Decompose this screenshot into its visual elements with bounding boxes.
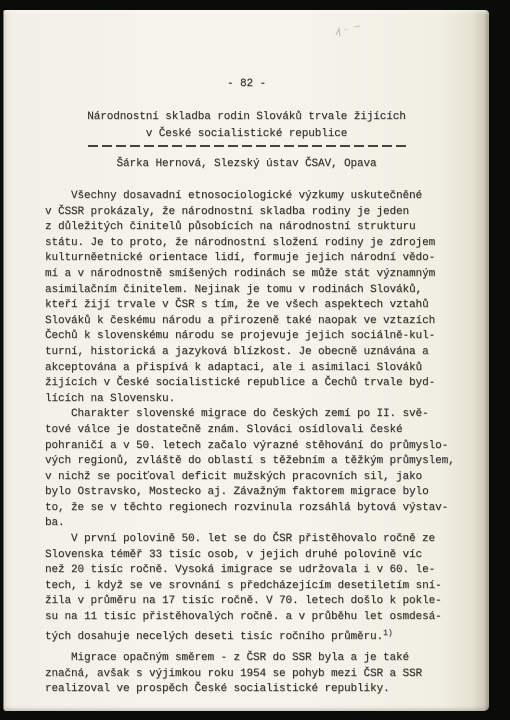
text-line: žila v průměru na 17 tisíc ročně. V 70. … (45, 594, 489, 610)
author-line: Šárka Hernová, Slezský ústav ČSAV, Opava (4, 156, 489, 172)
body-text: Všechny dosavadní etnosociologické výzku… (4, 189, 489, 698)
text-line: kulturněetnické orientace lidí, formuje … (45, 251, 489, 267)
text-line: ba. (45, 516, 489, 532)
paragraph-1: Všechny dosavadní etnosociologické výzku… (45, 189, 489, 407)
text-line: vých regionů, zvláště do oblastí s těžeb… (45, 454, 489, 470)
text-line: tých dosahuje necelých deseti tisíc ročn… (45, 631, 383, 643)
text-line: bylo Ostravsko, Mostecko aj. Závažným fa… (45, 485, 489, 501)
page-number: - 82 - (4, 76, 489, 92)
text-line: v ČSSR prokázaly, že národnostní skladba… (45, 205, 489, 221)
text-line: mí a v národnostně smíšených rodinách se… (45, 267, 489, 283)
text-line: v nichž se pociťoval deficit mužských pr… (45, 470, 489, 486)
text-line: pohraničí a v 50. letech začalo výrazné … (45, 439, 489, 455)
text-line: značná, avšak s výjimkou roku 1954 se po… (45, 667, 489, 683)
scanned-page-background: { "doc": { "page_number": "- 82 -", "tit… (0, 0, 510, 720)
text-line-with-footnote: tých dosahuje necelých deseti tisíc ročn… (45, 626, 489, 646)
paragraph-2: Charakter slovenské migrace do českých z… (45, 407, 489, 532)
article-title-line-1: Národnostní skladba rodin Slováků trvale… (4, 109, 489, 126)
text-line: kteří žijí trvale v ČSR s tím, že ve vše… (45, 298, 489, 314)
text-line: Slovenska téměř 33 tisíc osob, v jejich … (45, 548, 489, 564)
article-title-line-2: v České socialistické republice (4, 126, 489, 143)
text-line: z důležitých činitelů působících na náro… (45, 220, 489, 236)
text-line: akceptována a přispívá k adaptaci, ale i… (45, 361, 489, 377)
text-line: Všechny dosavadní etnosociologické výzku… (45, 189, 489, 205)
page-content: - 82 - Národnostní skladba rodin Slováků… (4, 10, 489, 711)
text-line: žijících v České socialistické republice… (45, 376, 489, 392)
text-line: než 20 tisíc ročně. Vysoká imigrace se u… (45, 563, 489, 579)
footnote-reference: 1) (383, 629, 393, 638)
text-line: turní, historická a jazyková blízkost. J… (45, 345, 489, 361)
text-line: Charakter slovenské migrace do českých z… (45, 407, 489, 423)
text-line: lících na Slovensku. (45, 392, 489, 408)
paragraph-3: V první polovině 50. let se do ČSR přist… (45, 532, 489, 645)
text-line: su na 11 tisíc přistěhovalých ročně. a v… (45, 610, 489, 626)
paragraph-4: Migrace opačným směrem - z ČSR do SSR by… (45, 651, 489, 698)
text-line: Migrace opačným směrem - z ČSR do SSR by… (45, 651, 489, 667)
page-sheet: - 82 - Národnostní skladba rodin Slováků… (3, 10, 489, 711)
text-line: asimilačním činitelem. Nejinak je tomu v… (45, 283, 489, 299)
text-line: Čechů k slovenskému národu se projevuje … (45, 329, 489, 345)
text-line: V první polovině 50. let se do ČSR přist… (45, 532, 489, 548)
text-line: tové válce je dostatečně znám. Slováci o… (45, 423, 489, 439)
text-line: to, že se v těchto regionech rozvinula r… (45, 501, 489, 517)
text-line: realizoval ve prospěch České socialistic… (45, 682, 489, 698)
text-line: Slováků k českému národu a přirozeně tak… (45, 314, 489, 330)
title-underline (88, 145, 406, 147)
text-line: státu. Je to proto, že národnostní slože… (45, 236, 489, 252)
article-title: Národnostní skladba rodin Slováků trvale… (4, 109, 489, 147)
text-line: tech, i když se ve srovnání s předcházej… (45, 579, 489, 595)
